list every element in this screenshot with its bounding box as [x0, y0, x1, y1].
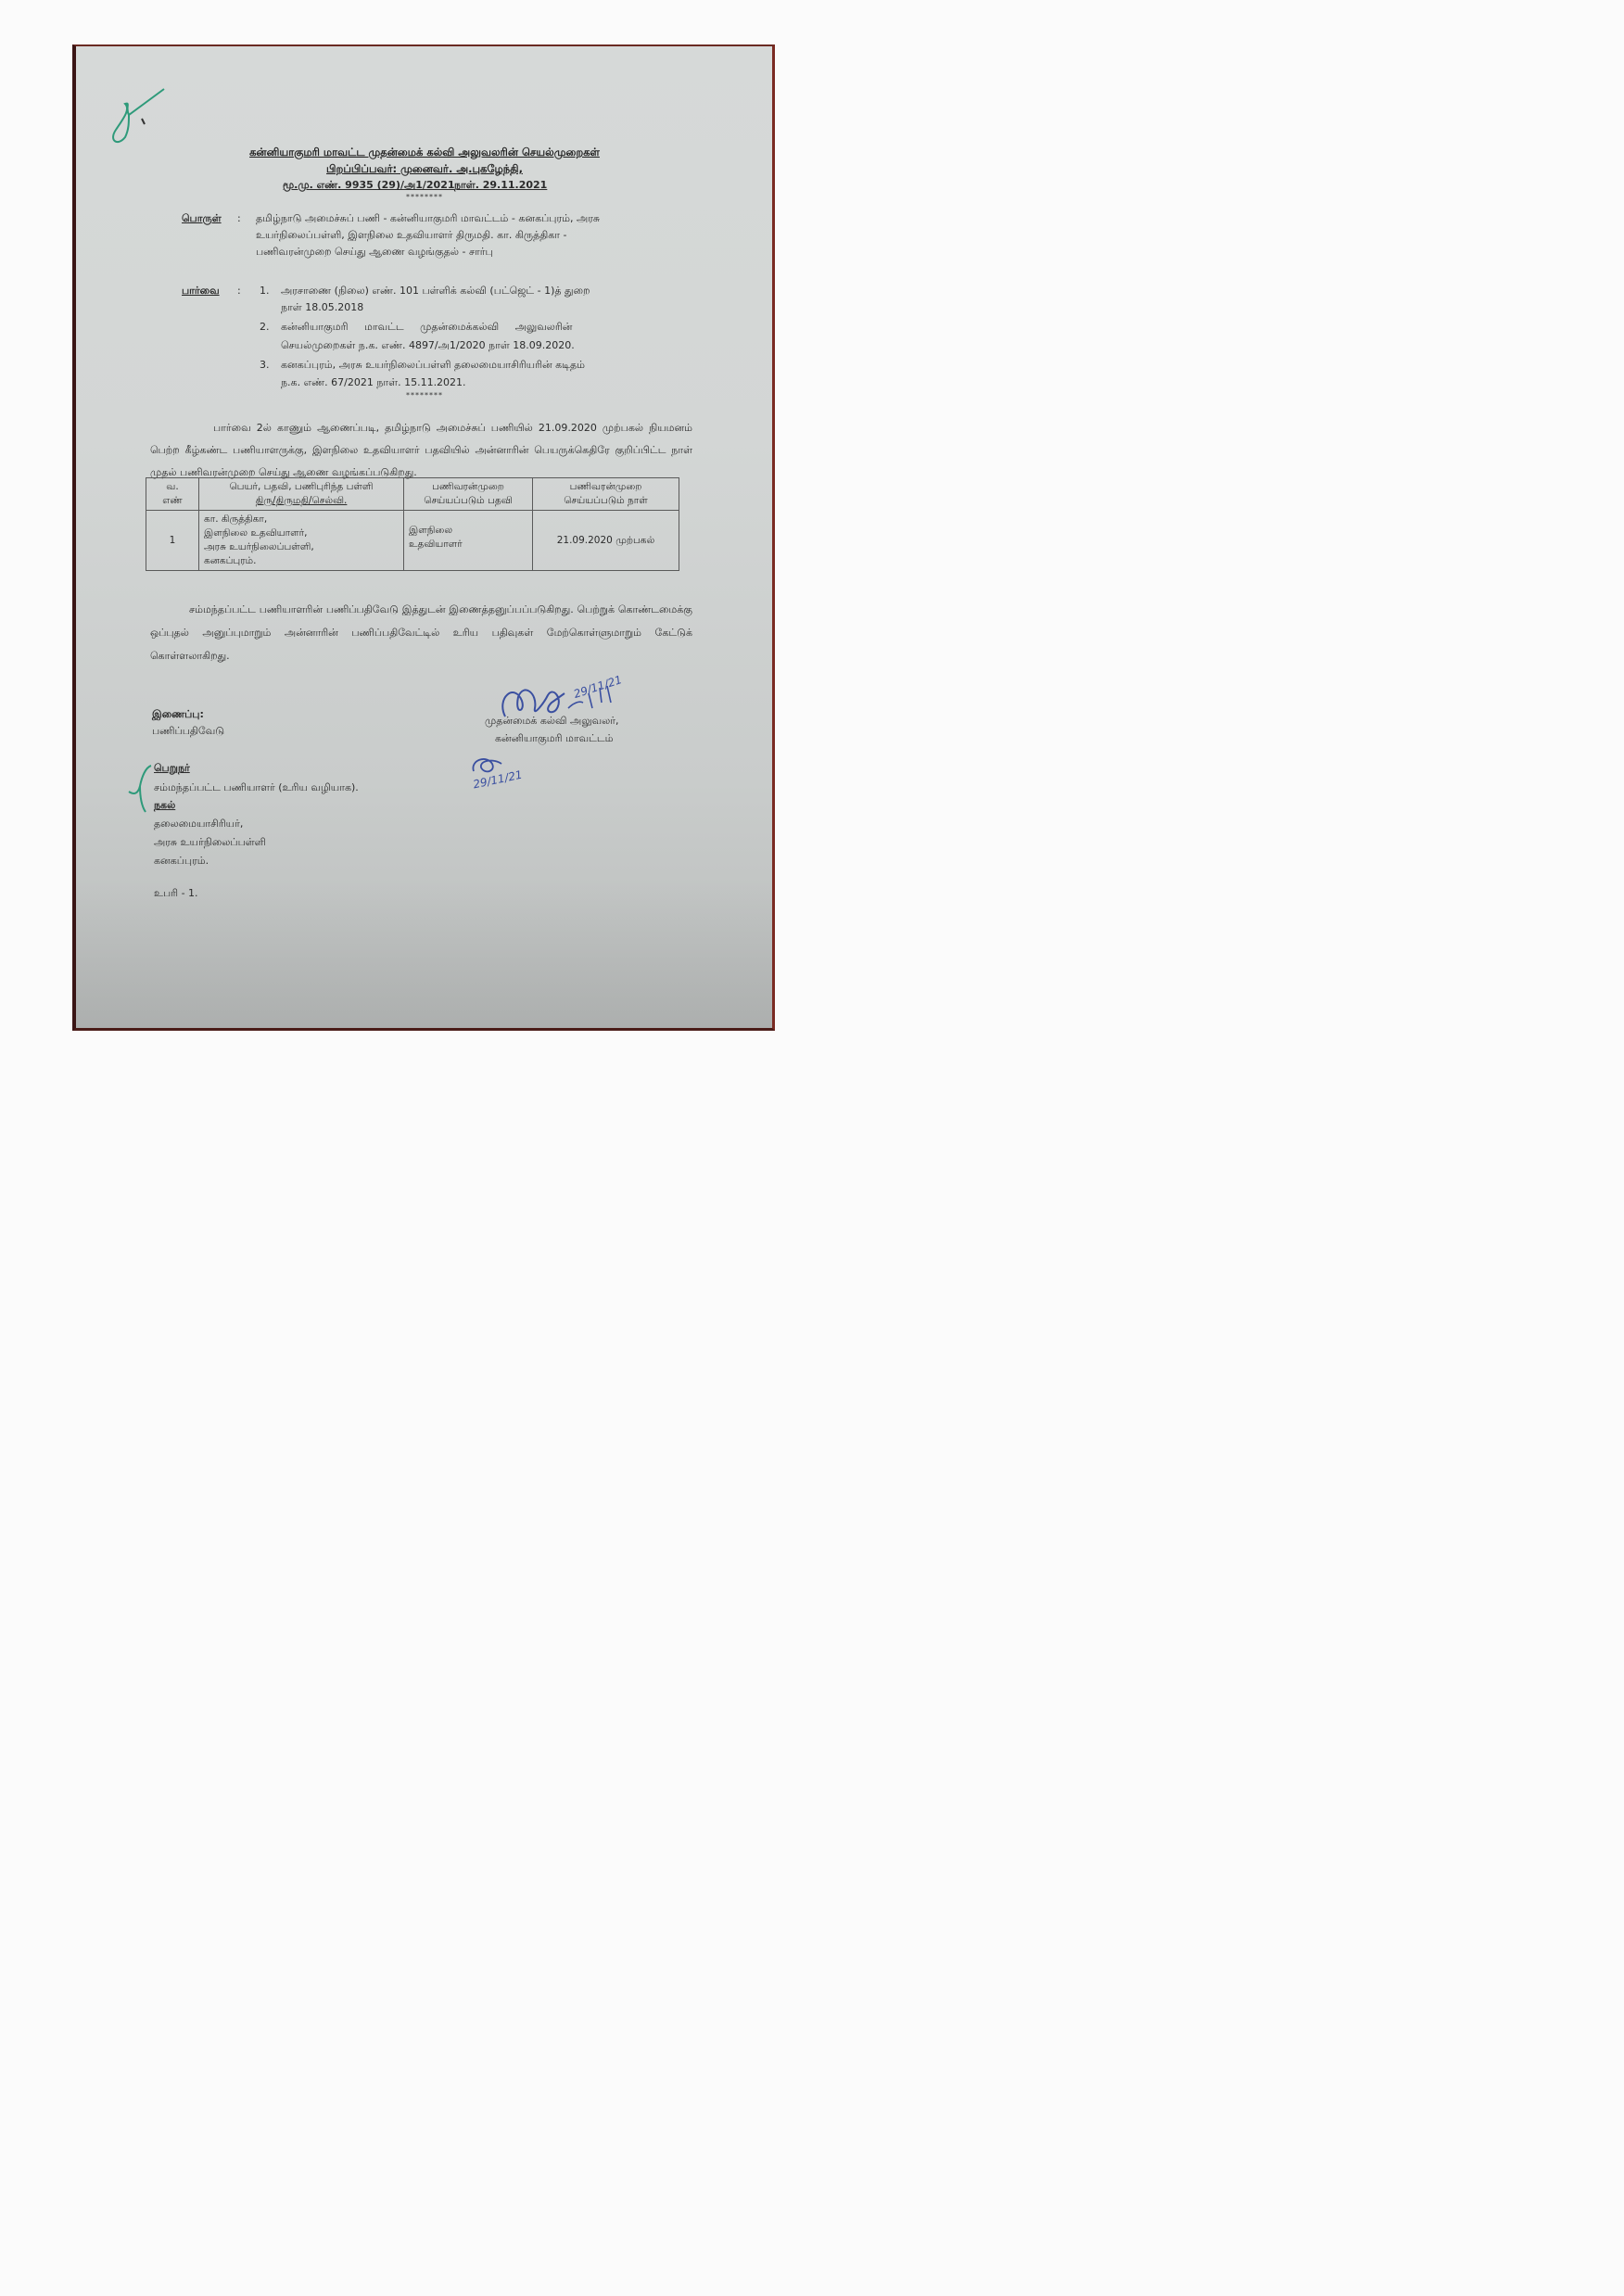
subject-colon: : — [237, 212, 241, 225]
subject-line-3: பணிவரன்முறை செய்து ஆணை வழங்குதல் - சார்ப… — [256, 246, 493, 259]
copy-line-3: கனகப்புரம். — [154, 855, 209, 868]
reference-1-line-2: நாள் 18.05.2018 — [281, 301, 363, 314]
reference-2-line-2: செயல்முறைகள் ந.க. எண். 4897/அ1/2020 நாள்… — [281, 339, 575, 352]
recipient-label: பெறுநர் — [154, 762, 190, 775]
body-paragraph-2: சம்மந்தப்பட்ட பணியாளரின் பணிப்பதிவேடு இத… — [150, 598, 692, 667]
reference-2-number: 2. — [260, 321, 270, 334]
copy-line-1: தலைமையாசிரியர், — [154, 818, 243, 831]
photo-shadow — [76, 880, 772, 1028]
cell-regularised-date: 21.09.2020 முற்பகல் — [533, 511, 679, 571]
office-title: கன்னியாகுமரி மாவட்ட முதன்மைக் கல்வி அலுவ… — [72, 146, 777, 159]
copy-line-2: அரசு உயர்நிலைப்பள்ளி — [154, 836, 266, 849]
header-separator: ******** — [72, 193, 777, 201]
references-label: பார்வை — [182, 285, 220, 298]
spare-copy: உபரி - 1. — [154, 887, 198, 900]
body-paragraph-1: பார்வை 2ல் காணும் ஆணைப்படி, தமிழ்நாடு அம… — [150, 417, 692, 484]
copy-label: நகல் — [154, 799, 175, 812]
green-initial-mark-icon — [97, 82, 171, 151]
table-header-row: வ.எண் பெயர், பதவி, பணிபுரிந்த பள்ளிதிரு/… — [146, 478, 679, 511]
header-name-post-school: பெயர், பதவி, பணிபுரிந்த பள்ளிதிரு/திருமத… — [199, 478, 404, 511]
cell-serial: 1 — [146, 511, 199, 571]
cell-name-post-school: கா. கிருத்திகா, இளநிலை உதவியாளர், அரசு உ… — [199, 511, 404, 571]
reference-2-line-1: கன்னியாகுமரி மாவட்ட முதன்மைக்கல்வி அலுவல… — [281, 321, 572, 334]
recipient-line: சம்மந்தப்பட்ட பணியாளர் (உரிய வழியாக). — [154, 781, 359, 794]
enclosure-label: இணைப்பு: — [152, 708, 204, 721]
reference-3-line-1: கனகப்புரம், அரசு உயர்நிலைப்பள்ளி தலைமையா… — [281, 359, 585, 372]
references-separator: ******** — [72, 391, 777, 400]
header-serial: வ.எண் — [146, 478, 199, 511]
order-date: நாள். 29.11.2021 — [454, 179, 547, 192]
signatory-district: கன்னியாகுமரி மாவட்டம் — [495, 732, 614, 745]
subject-line-2: உயர்நிலைப்பள்ளி, இளநிலை உதவியாளர் திருமத… — [256, 229, 567, 242]
subject-label: பொருள் — [182, 212, 222, 225]
table-row: 1 கா. கிருத்திகா, இளநிலை உதவியாளர், அரசு… — [146, 511, 679, 571]
reference-number: மூ.மு. எண். 9935 (29)/அ1/2021 — [283, 179, 455, 192]
regularisation-table: வ.எண் பெயர், பதவி, பணிபுரிந்த பள்ளிதிரு/… — [146, 477, 679, 571]
reference-1-line-1: அரசாணை (நிலை) எண். 101 பள்ளிக் கல்வி (பட… — [281, 285, 590, 298]
reference-3-number: 3. — [260, 359, 270, 372]
enclosure-item: பணிப்பதிவேடு — [152, 725, 224, 738]
subject-line-1: தமிழ்நாடு அமைச்சுப் பணி - கன்னியாகுமரி ம… — [256, 212, 600, 225]
reference-3-line-2: ந.க. எண். 67/2021 நாள். 15.11.2021. — [281, 376, 466, 389]
cell-regularised-post: இளநிலை உதவியாளர் — [404, 511, 533, 571]
header-regularised-post: பணிவரன்முறைசெய்யப்படும் பதவி — [404, 478, 533, 511]
signatory-designation: முதன்மைக் கல்வி அலுவலர், — [485, 715, 618, 728]
issued-by: பிறப்பிப்பவர்: முனைவர். அ.புகழேந்தி, — [72, 162, 777, 175]
header-regularised-date: பணிவரன்முறைசெய்யப்படும் நாள் — [533, 478, 679, 511]
references-colon: : — [237, 285, 241, 298]
reference-1-number: 1. — [260, 285, 270, 298]
